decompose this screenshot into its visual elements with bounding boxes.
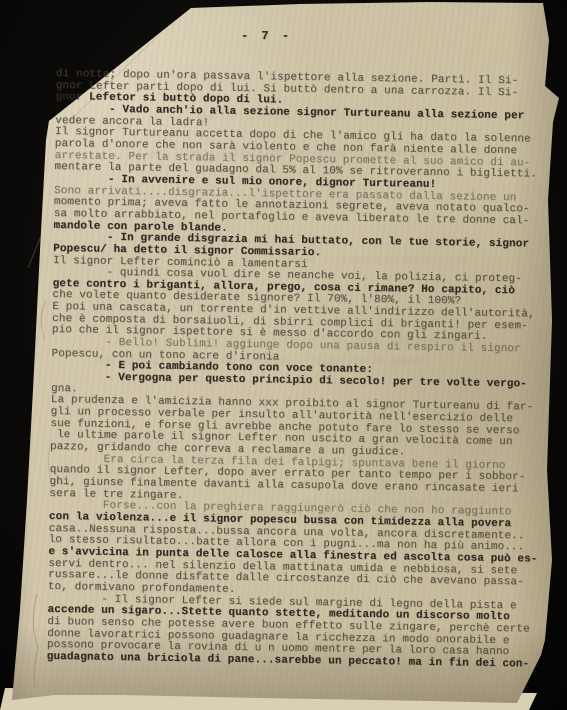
page-number: - 7 -: [241, 29, 292, 43]
photo-background: - 7 - ena certa venne dalla sera della c…: [0, 0, 567, 710]
pencil-mark: [28, 236, 41, 268]
typed-text-block: di notte; dopo un'ora passava l'ispettor…: [47, 69, 542, 671]
